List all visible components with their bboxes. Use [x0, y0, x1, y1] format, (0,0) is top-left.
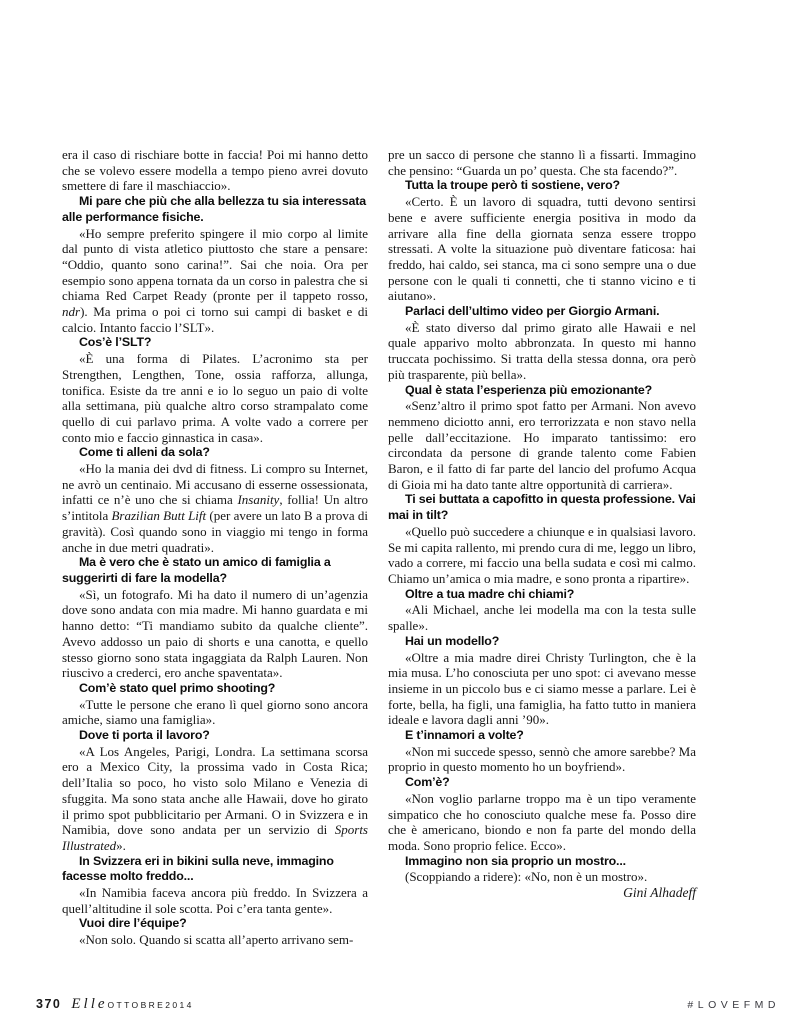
interview-answer: «A Los Angeles, Parigi, Londra. La setti… [62, 744, 368, 854]
interview-question: Qual è stata l’esperienza più emozionant… [388, 383, 696, 399]
interview-answer: «Quello può succedere a chiunque e in qu… [388, 524, 696, 587]
interview-answer: «Ho la mania dei dvd di fitness. Li comp… [62, 461, 368, 555]
footer-left: 370ElleOTTOBRE2014 [36, 995, 194, 1013]
interview-question: Ma è vero che è stato un amico di famigl… [62, 555, 368, 586]
interview-question: Hai un modello? [388, 634, 696, 650]
interview-answer: «In Namibia faceva ancora più freddo. In… [62, 885, 368, 916]
interview-question: Com’è stato quel primo shooting? [62, 681, 368, 697]
interview-question: Vuoi dire l’équipe? [62, 916, 368, 932]
magazine-page: era il caso di rischiare botte in faccia… [0, 0, 800, 1034]
interview-answer: «Ho sempre preferito spingere il mio cor… [62, 226, 368, 336]
interview-question: Com’è? [388, 775, 696, 791]
interview-answer: «Ali Michael, anche lei modella ma con l… [388, 602, 696, 633]
interview-answer: «È una forma di Pilates. L’acronimo sta … [62, 351, 368, 445]
interview-answer: «Sì, un fotografo. Mi ha dato il numero … [62, 587, 368, 681]
interview-question: Come ti alleni da sola? [62, 445, 368, 461]
interview-answer: «Non mi succede spesso, sennò che amore … [388, 744, 696, 775]
article-column-right: pre un sacco di persone che stanno lì a … [388, 147, 696, 901]
interview-question: Oltre a tua madre chi chiami? [388, 587, 696, 603]
issue-date: OTTOBRE2014 [108, 1000, 194, 1010]
interview-answer: «Non solo. Quando si scatta all’aperto a… [62, 932, 368, 948]
author-signature: Gini Alhadeff [388, 885, 696, 901]
interview-answer: «Oltre a mia madre direi Christy Turling… [388, 650, 696, 729]
interview-answer: (Scoppiando a ridere): «No, non è un mos… [388, 869, 696, 885]
interview-answer: era il caso di rischiare botte in faccia… [62, 147, 368, 194]
interview-answer: «È stato diverso dal primo girato alle H… [388, 320, 696, 383]
interview-answer: «Senz’altro il primo spot fatto per Arma… [388, 398, 696, 492]
interview-question: Ti sei buttata a capofitto in questa pro… [388, 492, 696, 523]
interview-question: In Svizzera eri in bikini sulla neve, im… [62, 854, 368, 885]
interview-question: Dove ti porta il lavoro? [62, 728, 368, 744]
page-number: 370 [36, 997, 61, 1011]
interview-answer: pre un sacco di persone che stanno lì a … [388, 147, 696, 178]
interview-question: Parlaci dell’ultimo video per Giorgio Ar… [388, 304, 696, 320]
interview-question: Immagino non sia proprio un mostro... [388, 854, 696, 870]
interview-answer: «Tutte le persone che erano lì quel gior… [62, 697, 368, 728]
interview-answer: «Non voglio parlarne troppo ma è un tipo… [388, 791, 696, 854]
interview-question: E t’innamori a volte? [388, 728, 696, 744]
interview-answer: «Certo. È un lavoro di squadra, tutti de… [388, 194, 696, 304]
footer-hashtag: #LOVEFMD [687, 999, 780, 1011]
magazine-logo: Elle [71, 996, 107, 1012]
interview-question: Tutta la troupe però ti sostiene, vero? [388, 178, 696, 194]
interview-question: Cos’è l’SLT? [62, 335, 368, 351]
interview-question: Mi pare che più che alla bellezza tu sia… [62, 194, 368, 225]
article-column-left: era il caso di rischiare botte in faccia… [62, 147, 368, 948]
